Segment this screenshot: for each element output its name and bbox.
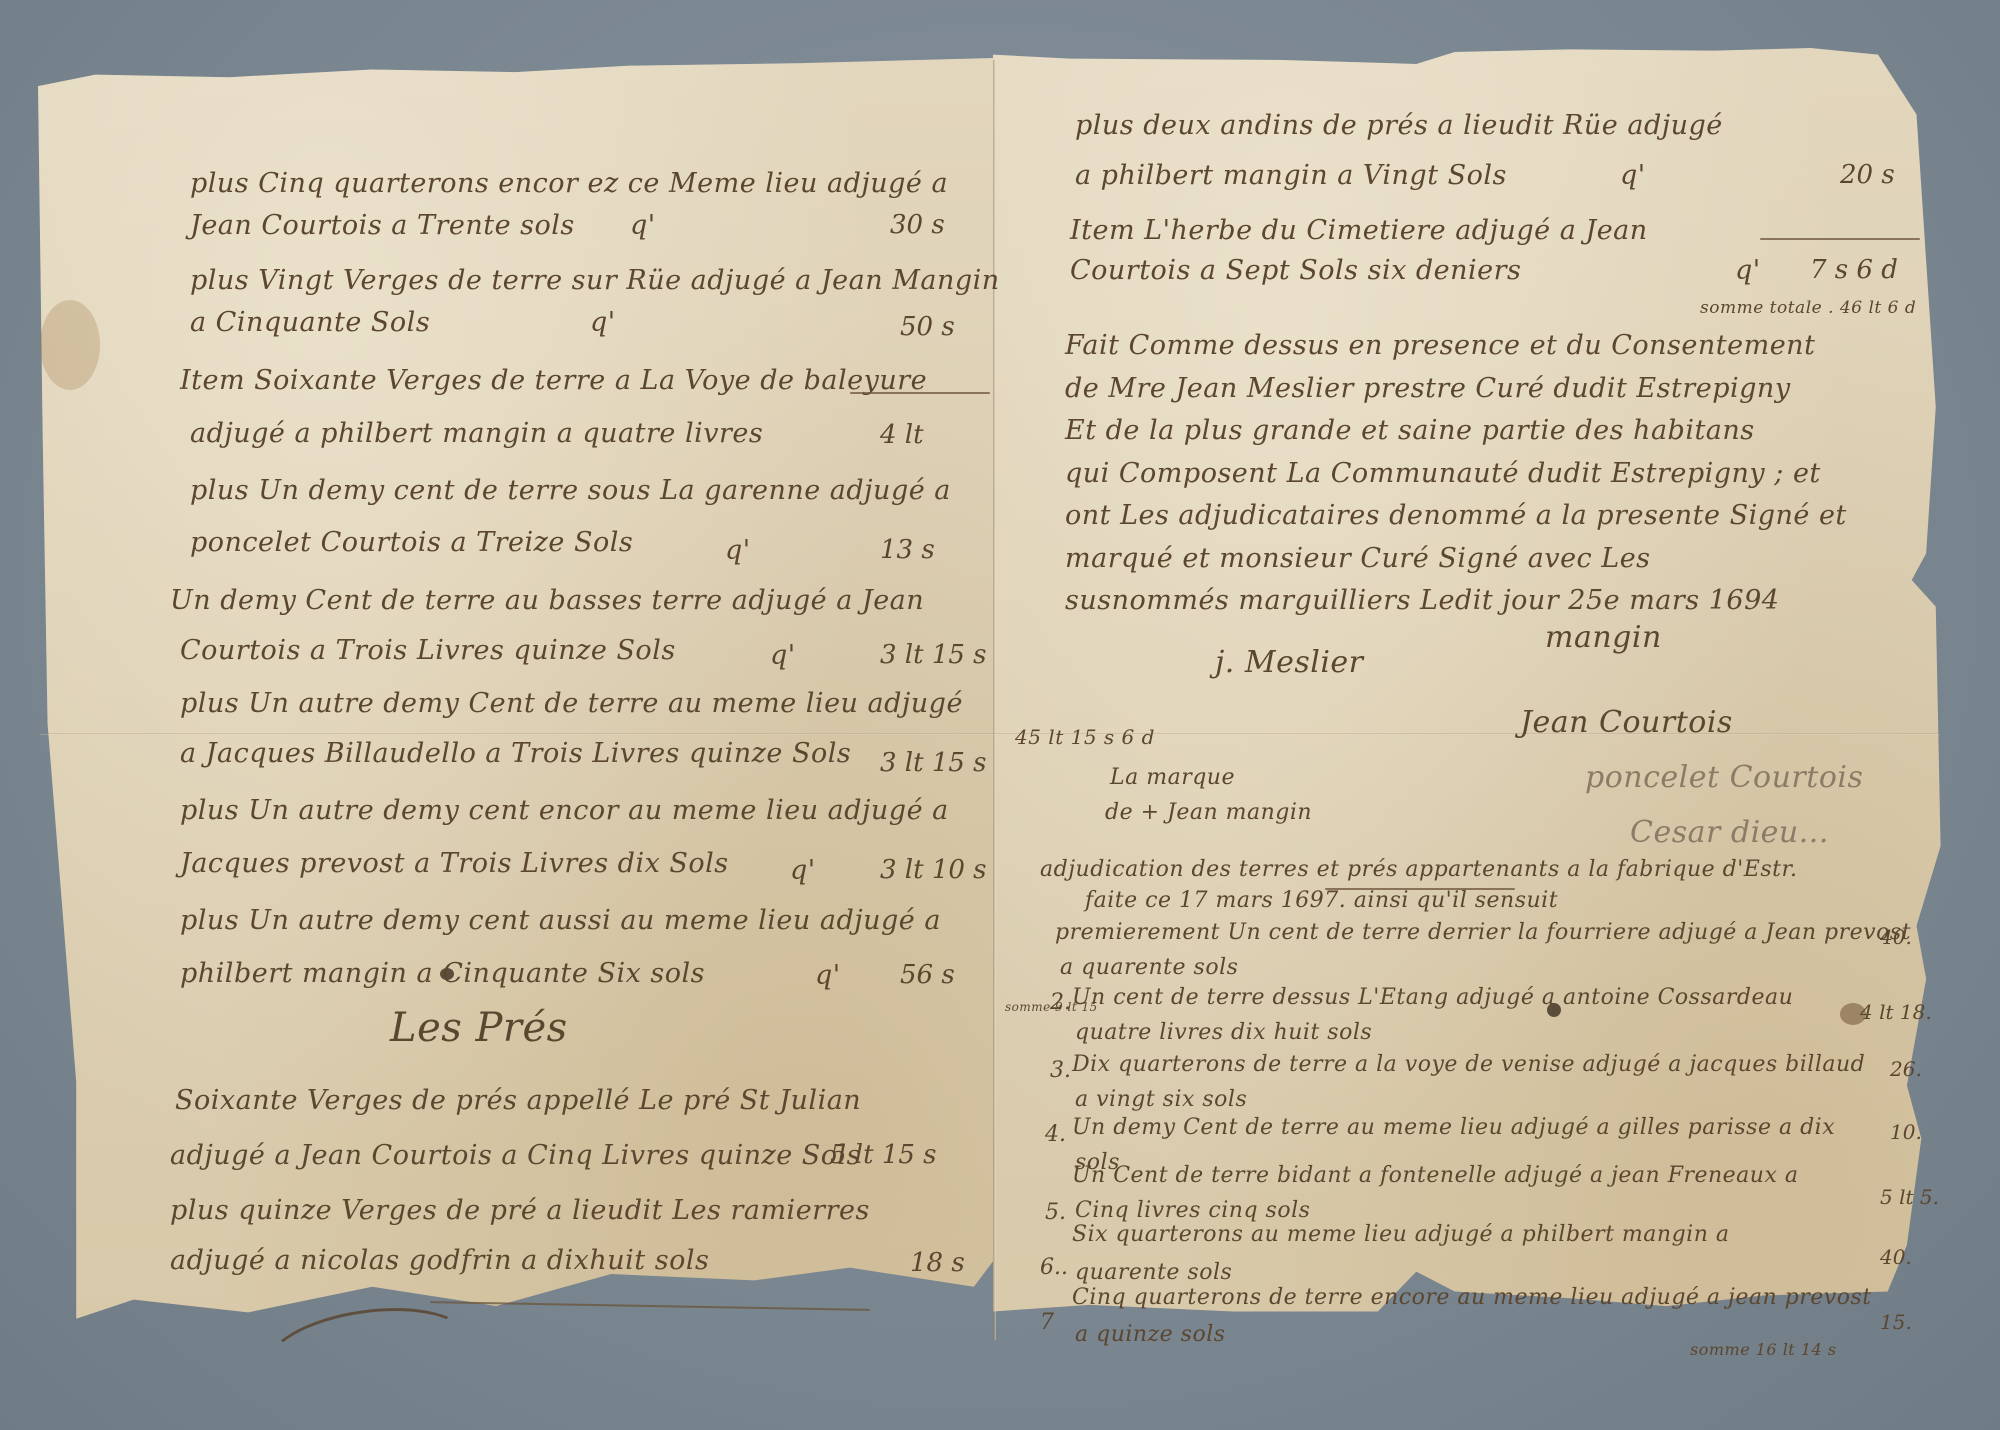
closing-line: Fait Comme dessus en presence et du Cons… xyxy=(1065,330,1815,361)
entry-line: a philbert mangin a Vingt Sols xyxy=(1075,160,1507,191)
entry-amount: 18 s xyxy=(910,1248,965,1278)
entry-mark: q' xyxy=(590,307,616,338)
item-line: Un Cent de terre bidant a fontenelle adj… xyxy=(1072,1163,1799,1188)
closing-line: marqué et monsieur Curé Signé avec Les xyxy=(1065,543,1651,574)
item-amount: 10. xyxy=(1890,1120,1922,1144)
entry-line: plus Un demy cent de terre sous La garen… xyxy=(190,475,951,506)
ink-rule xyxy=(1760,238,1920,240)
entry-mark: q' xyxy=(790,855,816,886)
entry-amount: 20 s xyxy=(1840,160,1895,190)
item-amount: 4 lt 18. xyxy=(1860,1000,1932,1024)
entry-line: a Jacques Billaudello a Trois Livres qui… xyxy=(180,738,851,769)
ink-rule xyxy=(850,392,990,394)
ink-rule xyxy=(1325,888,1515,890)
item-number: 3. xyxy=(1050,1058,1071,1083)
item-number: 5. xyxy=(1045,1200,1066,1225)
entry-line: adjugé a nicolas godfrin a dixhuit sols xyxy=(170,1245,709,1276)
item-line: Un demy Cent de terre au meme lieu adjug… xyxy=(1072,1115,1835,1140)
entry-line: Courtois a Sept Sols six deniers xyxy=(1070,255,1521,286)
entry-line: plus Un autre demy Cent de terre au meme… xyxy=(180,688,963,719)
item-line: quarente sols xyxy=(1075,1260,1232,1285)
page-total: somme totale . 46 lt 6 d xyxy=(1700,298,1916,318)
item-line: a quinze sols xyxy=(1075,1322,1226,1347)
item-line: a vingt six sols xyxy=(1075,1087,1247,1112)
closing-line: susnommés marguilliers Ledit jour 25e ma… xyxy=(1065,585,1779,616)
entry-amount: 3 lt 15 s xyxy=(880,640,987,670)
entry-line: plus deux andins de prés a lieudit Rüe a… xyxy=(1075,110,1723,141)
entry-amount: 30 s xyxy=(890,210,945,240)
entry-mark: q' xyxy=(770,640,796,671)
item-amount: 26. xyxy=(1890,1057,1922,1081)
entry-mark: q' xyxy=(1620,160,1646,191)
item-number: 2. xyxy=(1050,990,1071,1015)
item-line: Cinq livres cinq sols xyxy=(1075,1198,1310,1223)
center-fold xyxy=(993,60,996,1340)
item-line: quatre livres dix huit sols xyxy=(1075,1020,1372,1045)
entry-amount: 50 s xyxy=(900,312,955,342)
item-number: 6.. xyxy=(1040,1255,1068,1280)
entry-amount: 7 s 6 d xyxy=(1810,255,1898,285)
signature-mangin: mangin xyxy=(1545,620,1662,655)
closing-line: qui Composent La Communauté dudit Estrep… xyxy=(1065,458,1821,489)
entry-line: Item Soixante Verges de terre a La Voye … xyxy=(180,365,927,396)
entry-mark: q' xyxy=(1735,255,1761,286)
item-amount: 40. xyxy=(1880,1245,1912,1269)
closing-line: de Mre Jean Meslier prestre Curé dudit E… xyxy=(1065,373,1791,404)
entry-line: philbert mangin a Cinquante Six sols xyxy=(180,958,705,989)
item-line: Cinq quarterons de terre encore au meme … xyxy=(1072,1285,1872,1310)
entry-line: Jean Courtois a Trente sols xyxy=(190,210,575,241)
signature-meslier: j. Meslier xyxy=(1215,645,1364,680)
mark-label: La marque xyxy=(1110,765,1235,790)
mark-label: de + Jean mangin xyxy=(1105,800,1312,825)
record-total: somme 16 lt 14 s xyxy=(1690,1340,1836,1359)
item-line: Six quarterons au meme lieu adjugé a phi… xyxy=(1072,1222,1729,1247)
signature-poncelet: poncelet Courtois xyxy=(1585,760,1863,795)
entry-mark: q' xyxy=(725,535,751,566)
signature-courtois: Jean Courtois xyxy=(1520,705,1733,740)
entry-amount: 3 lt 10 s xyxy=(880,855,987,885)
entry-line: adjugé a philbert mangin a quatre livres xyxy=(190,418,763,449)
entry-mark: q' xyxy=(815,960,841,991)
entry-amount: 3 lt 15 s xyxy=(880,748,987,778)
closing-line: ont Les adjudicataires denommé a la pres… xyxy=(1065,500,1847,531)
entry-line: Soixante Verges de prés appellé Le pré S… xyxy=(175,1085,861,1116)
signature-faded: Cesar dieu... xyxy=(1630,815,1829,850)
item-line: Dix quarterons de terre a la voye de ven… xyxy=(1072,1052,1865,1077)
item-line: premierement Un cent de terre derrier la… xyxy=(1055,920,1911,945)
section-heading-pres: Les Prés xyxy=(390,1005,568,1051)
entry-line: Un demy Cent de terre au basses terre ad… xyxy=(170,585,924,616)
item-amount: 15. xyxy=(1880,1310,1912,1334)
entry-line: Courtois a Trois Livres quinze Sols xyxy=(180,635,676,666)
item-amount: 5 lt 5. xyxy=(1880,1185,1939,1209)
item-number: 4. xyxy=(1045,1122,1066,1147)
item-number: 7 xyxy=(1040,1310,1054,1335)
entry-line: plus Un autre demy cent encor au meme li… xyxy=(180,795,949,826)
entry-line: plus quinze Verges de pré a lieudit Les … xyxy=(170,1195,870,1226)
entry-amount: 56 s xyxy=(900,960,955,990)
entry-amount: 5 lt 15 s xyxy=(830,1140,937,1170)
entry-amount: 13 s xyxy=(880,535,935,565)
entry-line: plus Vingt Verges de terre sur Rüe adjug… xyxy=(190,265,1000,296)
entry-line: poncelet Courtois a Treize Sols xyxy=(190,527,633,558)
margin-note-total: 45 lt 15 s 6 d xyxy=(1015,725,1155,749)
item-amount: 40. xyxy=(1880,925,1912,949)
entry-line: Item L'herbe du Cimetiere adjugé a Jean xyxy=(1070,215,1648,246)
paper-stain xyxy=(40,300,100,390)
entry-line: plus Cinq quarterons encor ez ce Meme li… xyxy=(190,168,948,199)
entry-amount: 4 lt xyxy=(880,420,924,450)
entry-line: a Cinquante Sols xyxy=(190,307,430,338)
entry-line: plus Un autre demy cent aussi au meme li… xyxy=(180,905,941,936)
entry-line: adjugé a Jean Courtois a Cinq Livres qui… xyxy=(170,1140,861,1171)
item-line: a quarente sols xyxy=(1060,955,1238,980)
record-title: adjudication des terres et prés apparten… xyxy=(1040,857,1798,882)
item-line: Un cent de terre dessus L'Etang adjugé a… xyxy=(1072,985,1793,1010)
record-subtitle: faite ce 17 mars 1697. ainsi qu'il sensu… xyxy=(1085,888,1558,913)
entry-mark: q' xyxy=(630,210,656,241)
closing-line: Et de la plus grande et saine partie des… xyxy=(1065,415,1755,446)
entry-line: Jacques prevost a Trois Livres dix Sols xyxy=(180,848,729,879)
